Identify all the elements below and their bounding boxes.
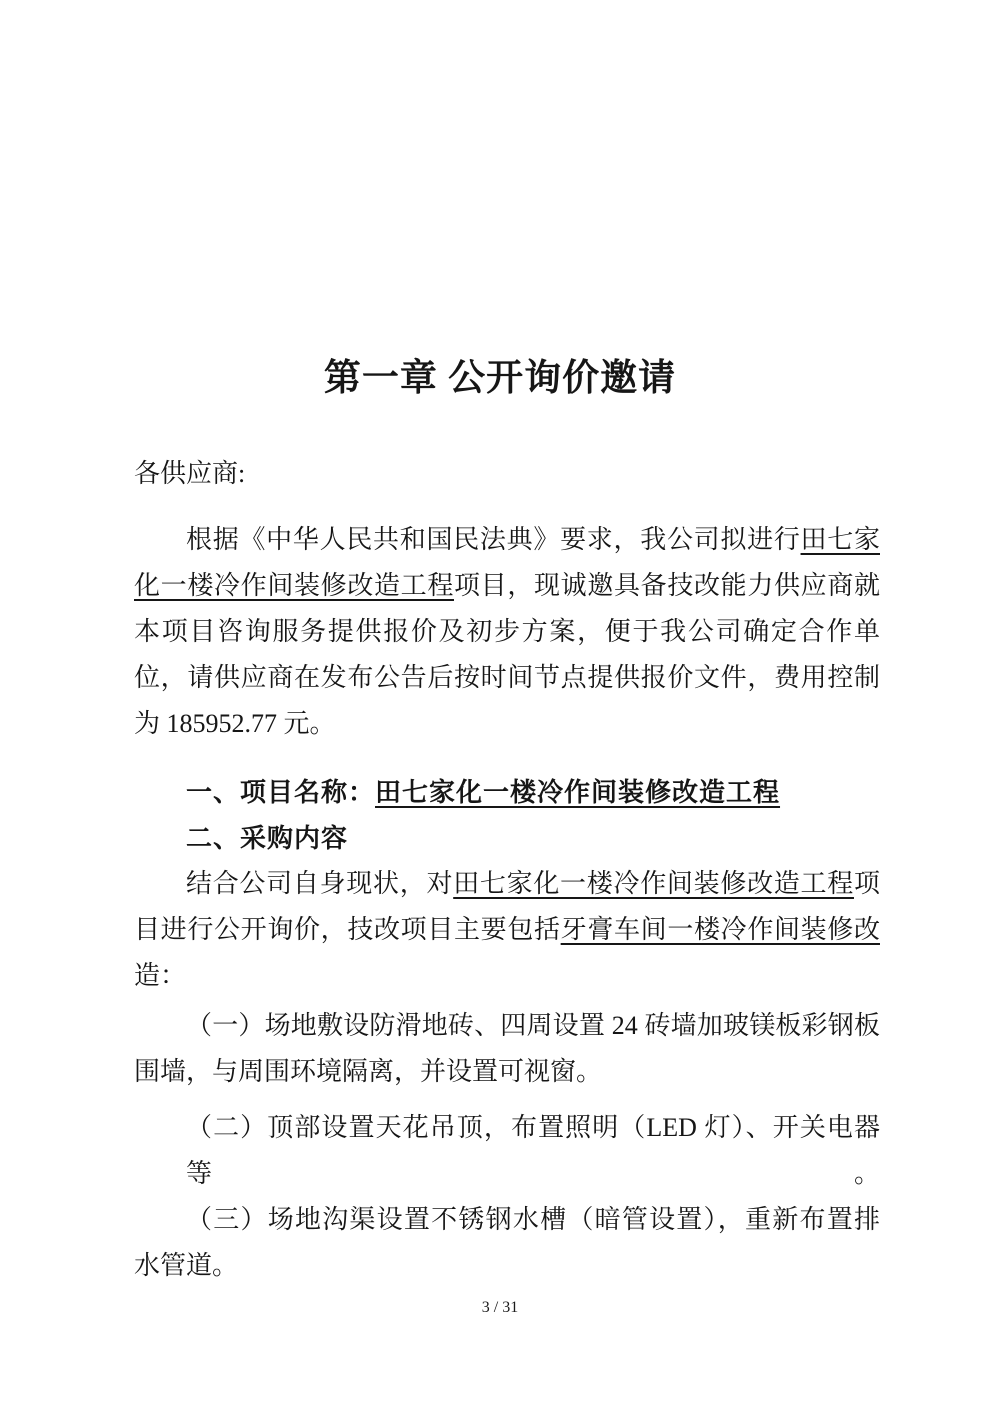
p2-l1-tail: 项	[854, 869, 880, 898]
list-item-2: （二）顶部设置天花吊顶，布置照明（LED 灯）、开关电器等。	[134, 1105, 880, 1197]
item2-line1: （二）顶部设置天花吊顶，布置照明（LED 灯）、开关电器等。	[134, 1105, 880, 1197]
p1-line4: 位，请供应商在发布公告后按时间节点提供报价文件，费用控制	[134, 655, 880, 701]
paragraph-2: 结合公司自身现状，对田七家化一楼冷作间装修改造工程项 目进行公开询价，技改项目主…	[134, 861, 880, 999]
chapter-title: 第一章 公开询价邀请	[0, 354, 1000, 404]
p1-line1: 根据《中华人民共和国民法典》要求，我公司拟进行田七家	[134, 517, 880, 563]
paragraph-1: 根据《中华人民共和国民法典》要求，我公司拟进行田七家 化一楼冷作间装修改造工程项…	[134, 517, 880, 747]
item3-line2: 水管道。	[134, 1243, 880, 1289]
item1-line1: （一）场地敷设防滑地砖、四周设置 24 砖墙加玻镁板彩钢板	[134, 1003, 880, 1049]
workshop-name-underlined: 牙膏车间一楼冷作间装修改	[561, 915, 880, 944]
section-heading-1: 一、项目名称：田七家化一楼冷作间装修改造工程	[134, 769, 880, 815]
p2-line2: 目进行公开询价，技改项目主要包括牙膏车间一楼冷作间装修改	[134, 907, 880, 953]
project-name-underlined: 田七家	[801, 525, 880, 554]
p1-l1-text: 根据《中华人民共和国民法典》要求，我公司拟进行	[186, 525, 801, 554]
p2-l1-text: 结合公司自身现状，对	[186, 869, 453, 898]
project-name-underlined: 化一楼冷作间装修改造工程	[134, 571, 454, 600]
page-number: 3 / 31	[0, 1297, 1000, 1319]
document-body: 各供应商: 根据《中华人民共和国民法典》要求，我公司拟进行田七家 化一楼冷作间装…	[134, 451, 880, 1289]
document-page: 第一章 公开询价邀请 各供应商: 根据《中华人民共和国民法典》要求，我公司拟进行…	[0, 0, 1000, 1414]
project-name-underlined: 田七家化一楼冷作间装修改造工程	[375, 777, 780, 807]
item1-line2: 围墙，与周围环境隔离，并设置可视窗。	[134, 1049, 880, 1095]
list-item-3: （三）场地沟渠设置不锈钢水槽（暗管设置），重新布置排 水管道。	[134, 1197, 880, 1289]
list-item-1: （一）场地敷设防滑地砖、四周设置 24 砖墙加玻镁板彩钢板 围墙，与周围环境隔离…	[134, 1003, 880, 1095]
p1-l2-text: 项目，现诚邀具备技改能力供应商就	[454, 571, 880, 600]
p2-l2-text: 目进行公开询价，技改项目主要包括	[134, 915, 561, 944]
p2-line3: 造：	[134, 953, 880, 999]
p1-line2: 化一楼冷作间装修改造工程项目，现诚邀具备技改能力供应商就	[134, 563, 880, 609]
heading-1-label: 一、项目名称：	[186, 777, 375, 807]
project-name-underlined: 田七家化一楼冷作间装修改造工程	[453, 869, 854, 898]
p2-line1: 结合公司自身现状，对田七家化一楼冷作间装修改造工程项	[134, 861, 880, 907]
item3-line1: （三）场地沟渠设置不锈钢水槽（暗管设置），重新布置排	[134, 1197, 880, 1243]
salutation-line: 各供应商:	[134, 451, 880, 497]
p1-line3: 本项目咨询服务提供报价及初步方案，便于我公司确定合作单	[134, 609, 880, 655]
p1-line5: 为 185952.77 元。	[134, 701, 880, 747]
section-heading-2: 二、采购内容	[134, 815, 880, 861]
